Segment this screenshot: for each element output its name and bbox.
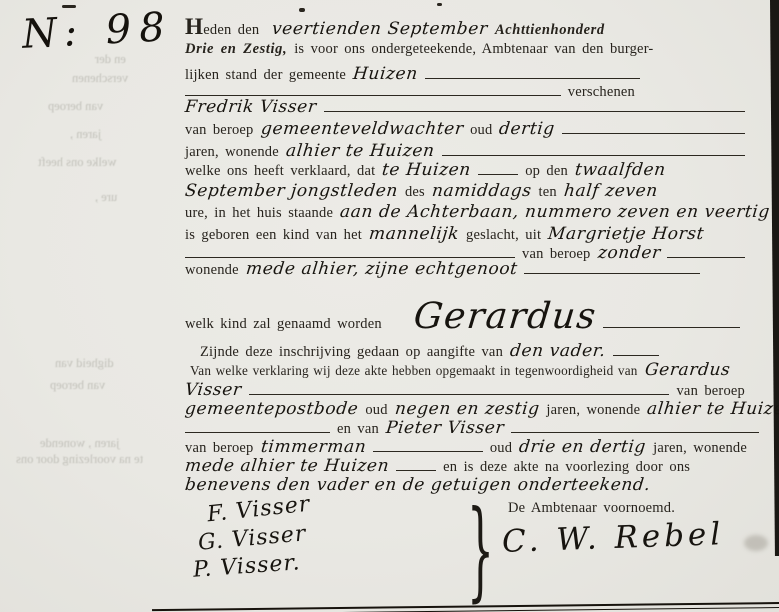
ink-speck [62, 5, 76, 8]
handwritten-witness1-age: negen en zestig [394, 399, 541, 419]
signature-official: C. W. Rebel [501, 516, 724, 560]
printed-year-2: Drie en Zestig, [185, 41, 287, 58]
handwritten-house-address: aan de Achterbaan, nummero zeven en veer… [339, 202, 771, 222]
handwritten-gemeente: Huizen [352, 64, 419, 84]
ruled-line [478, 171, 518, 175]
ruled-line [185, 92, 561, 96]
handwritten-date: veertienden September [271, 19, 489, 39]
birth-certificate-scan: en der verschenen van beroep jaren , wel… [0, 0, 779, 612]
handwritten-child-name: Gerardus [412, 296, 599, 337]
printed-year-1: Achttienhonderd [495, 22, 605, 39]
printed-declared-clause: welke ons heeft verklaard, dat [185, 163, 375, 180]
printed-geslacht-uit: geslacht, uit [466, 227, 541, 244]
printed-van-beroep: van beroep [676, 383, 745, 400]
ruled-line [511, 429, 759, 433]
bleedthrough-text: ure , [95, 190, 117, 205]
ink-smudge [744, 535, 768, 551]
bleedthrough-text: jaren , wonende [40, 436, 119, 451]
ruled-line [613, 352, 659, 356]
ruled-line [185, 429, 330, 433]
ruled-line [603, 324, 740, 328]
handwritten-registered-by: den vader. [509, 341, 607, 361]
bleedthrough-text: van beroep [48, 99, 103, 114]
printed-witness-clause: Van welke verklaring wij deze akte hebbe… [190, 363, 638, 379]
printed-jaren-wonende: jaren, wonende [546, 402, 640, 419]
printed-closing-clause: en is deze akte na voorlezing door ons [443, 459, 690, 476]
printed-child-clause: is geboren een kind van het [185, 227, 362, 244]
printed-ten: ten [538, 184, 556, 201]
printed-oud: oud [490, 440, 512, 457]
ruled-line [324, 108, 745, 112]
bottom-double-rule [152, 602, 779, 612]
printed-child-name-clause: welk kind zal genaamd worden [185, 316, 382, 333]
printed-officer-clause: is voor ons ondergeteekende, Ambtenaar v… [294, 41, 653, 58]
handwritten-birth-day: twaalfden [574, 160, 667, 180]
printed-op-den: op den [525, 163, 568, 180]
printed-des: des [405, 184, 425, 201]
bleedthrough-text: verschenen [72, 71, 128, 86]
ruled-line [667, 254, 745, 258]
handwritten-declarant-occupation: gemeenteveldwachter [259, 119, 464, 139]
handwritten-witness2-age: drie en dertig [518, 437, 647, 457]
handwritten-witness1-last: Visser [184, 380, 243, 400]
curly-brace: } [467, 488, 494, 612]
bleedthrough-text: jaren , [70, 127, 101, 142]
printed-en-van: en van [337, 421, 379, 438]
handwritten-mother-name: Margrietje Horst [547, 224, 705, 244]
bleedthrough-text: te na voorlezing door ons [16, 452, 143, 467]
ruled-line [185, 254, 515, 258]
act-number: N: 98 [21, 4, 174, 58]
printed-van-beroep: van beroep [185, 122, 254, 139]
printed-van-beroep: van beroep [185, 440, 254, 457]
bleedthrough-text: digheid van [55, 356, 114, 371]
ink-speck [437, 3, 442, 6]
handwritten-birth-hour: half zeven [563, 181, 659, 201]
bleedthrough-text: welke ons heeft [38, 155, 116, 170]
printed-house-clause: ure, in het huis staande [185, 205, 333, 222]
printed-jaren-wonende: jaren, wonende [185, 144, 279, 161]
bleedthrough-text: van beroep [50, 378, 105, 393]
handwritten-birth-daypart: namiddags [431, 181, 533, 201]
handwritten-declarant-age: dertig [498, 119, 556, 139]
ruled-line [249, 391, 670, 395]
printed-heden-den: Heden den [185, 14, 259, 41]
signature-witness2: P. Visser. [192, 550, 301, 582]
ruled-line [562, 130, 745, 134]
bleedthrough-text: en der [95, 52, 126, 67]
printed-official-title: De Ambtenaar voornoemd. [508, 500, 675, 517]
printed-jaren-wonende: jaren, wonende [653, 440, 747, 457]
handwritten-child-gender: mannelijk [368, 224, 460, 244]
ruled-line [524, 270, 700, 274]
ruled-line [442, 152, 746, 156]
printed-oud: oud [470, 122, 492, 139]
handwritten-birth-place: te Huizen [381, 160, 472, 180]
printed-wonende: wonende [185, 262, 239, 279]
printed-registration-clause: Zijnde deze inschrijving gedaan op aangi… [200, 344, 503, 361]
handwritten-declarant-residence: alhier te Huizen [285, 141, 436, 161]
ruled-line [425, 75, 640, 79]
printed-oud: oud [365, 402, 387, 419]
handwritten-closing-clause: benevens den vader en de getuigen ondert… [184, 475, 652, 495]
handwritten-witness2-name: Pieter Visser [385, 418, 505, 438]
printed-gemeente-clause: lijken stand der gemeente [185, 67, 346, 84]
handwritten-witness1-occupation: gemeentepostbode [184, 399, 359, 419]
handwritten-mother-residence: mede alhier, zijne echtgenoot [245, 259, 519, 279]
handwritten-declarant-name: Fredrik Visser [184, 97, 318, 117]
ruled-line [396, 467, 436, 471]
handwritten-witness1-first: Gerardus [644, 360, 731, 380]
handwritten-witness1-residence: alhier te Huizen. [646, 399, 779, 419]
handwritten-birth-month: September jongstleden [184, 181, 399, 201]
handwritten-witness2-residence: mede alhier te Huizen [184, 456, 390, 476]
ink-speck [299, 8, 305, 12]
scan-edge-shadow [770, 0, 779, 556]
handwritten-witness2-occupation: timmerman [259, 437, 366, 457]
ruled-line [373, 448, 483, 452]
